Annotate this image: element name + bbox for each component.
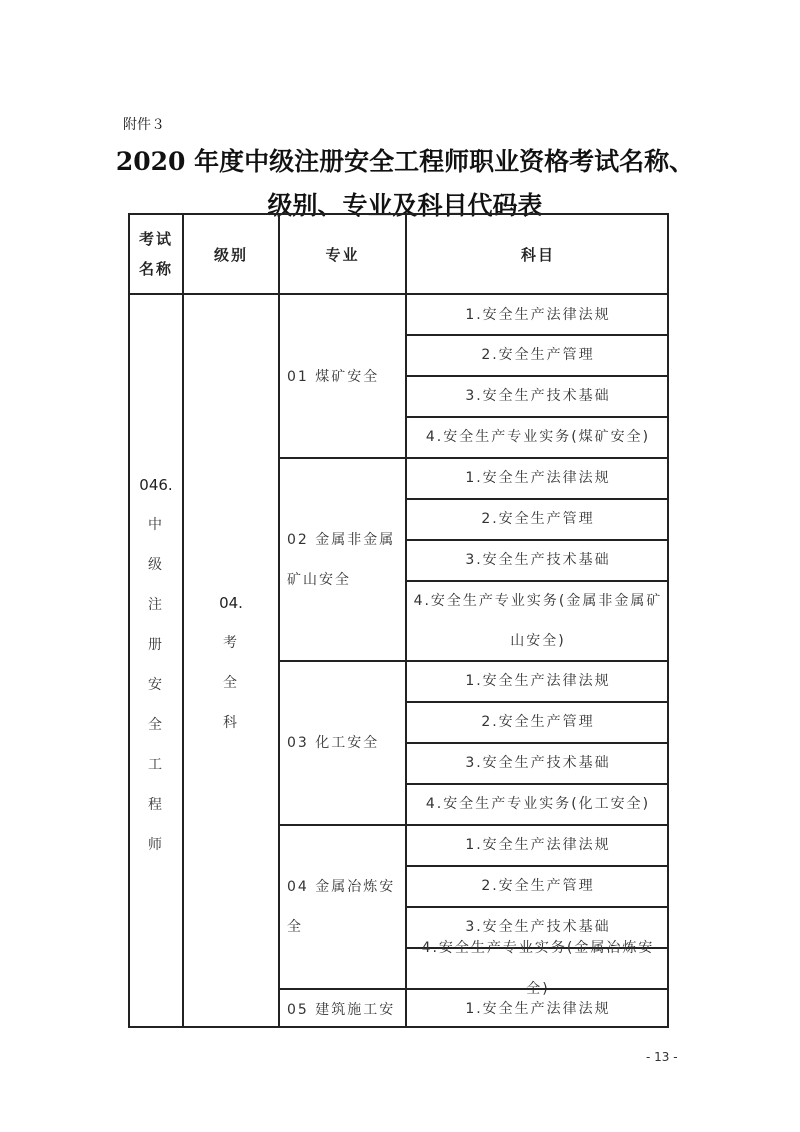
code-table: 考试 名称 级别 专业 科目 046. 中级注册安全工程师 04. 考全科 1.… xyxy=(128,213,669,1028)
subject-cell: 2.安全生产管理 xyxy=(407,499,669,540)
level-name-char: 考 xyxy=(223,623,239,663)
exam-name-char: 级 xyxy=(148,545,164,585)
subject-cell: 3.安全生产技术基础 xyxy=(407,743,669,784)
header-subject: 科目 xyxy=(407,215,669,293)
exam-name-char: 师 xyxy=(148,825,164,865)
subject-cell: 2.安全生产管理 xyxy=(407,335,669,376)
exam-name-char: 注 xyxy=(148,585,164,625)
subject-cell: 1.安全生产法律法规 xyxy=(407,458,669,499)
level-cell: 04. 考全科 xyxy=(184,583,278,743)
subject-cell: 1.安全生产法律法规 xyxy=(407,661,669,702)
subject-cell: 3.安全生产技术基础 xyxy=(407,540,669,581)
exam-name-char: 安 xyxy=(148,665,164,705)
exam-name-cell: 046. 中级注册安全工程师 xyxy=(130,465,182,865)
major-cell: 05 建筑施工安 xyxy=(280,989,405,1030)
major-cell: 03 化工安全 xyxy=(280,661,405,825)
exam-name-char: 全 xyxy=(148,705,164,745)
exam-name-char: 册 xyxy=(148,625,164,665)
subject-cell: 4.安全生产专业实务(煤矿安全) xyxy=(407,417,669,458)
subject-cell: 3.安全生产技术基础 xyxy=(407,376,669,417)
header-exam-name-line1: 考试 xyxy=(139,224,173,254)
header-major: 专业 xyxy=(280,215,405,293)
exam-name-char: 中 xyxy=(148,505,164,545)
subject-cell: 2.安全生产管理 xyxy=(407,866,669,907)
subject-cell: 1.安全生产法律法规 xyxy=(407,825,669,866)
major-cell: 01 煤矿安全 xyxy=(280,295,405,458)
header-exam-name-line2: 名称 xyxy=(139,254,173,284)
exam-code: 046. xyxy=(139,465,172,505)
subject-cell: 1.安全生产法律法规 xyxy=(407,989,669,1030)
subject-cell: 4.安全生产专业实务(化工安全) xyxy=(407,784,669,825)
subject-cell: 4.安全生产专业实务(金属冶炼安全) xyxy=(407,948,669,989)
level-code: 04. xyxy=(219,583,243,623)
level-name-char: 全 xyxy=(223,663,239,703)
header-exam-name: 考试 名称 xyxy=(130,215,182,293)
exam-name-char: 工 xyxy=(148,745,164,785)
subject-cell: 2.安全生产管理 xyxy=(407,702,669,743)
exam-name-char: 程 xyxy=(148,785,164,825)
page-number: - 13 - xyxy=(646,1050,678,1064)
header-level: 级别 xyxy=(184,215,278,293)
subject-cell: 1.安全生产法律法规 xyxy=(407,295,669,335)
major-cell: 02 金属非金属矿山安全 xyxy=(280,458,405,661)
attachment-label: 附件３ xyxy=(123,114,165,134)
level-name-char: 科 xyxy=(223,703,239,743)
subject-cell: 4.安全生产专业实务(金属非金属矿山安全) xyxy=(407,581,669,661)
major-cell: 04 金属冶炼安全 xyxy=(280,825,405,989)
